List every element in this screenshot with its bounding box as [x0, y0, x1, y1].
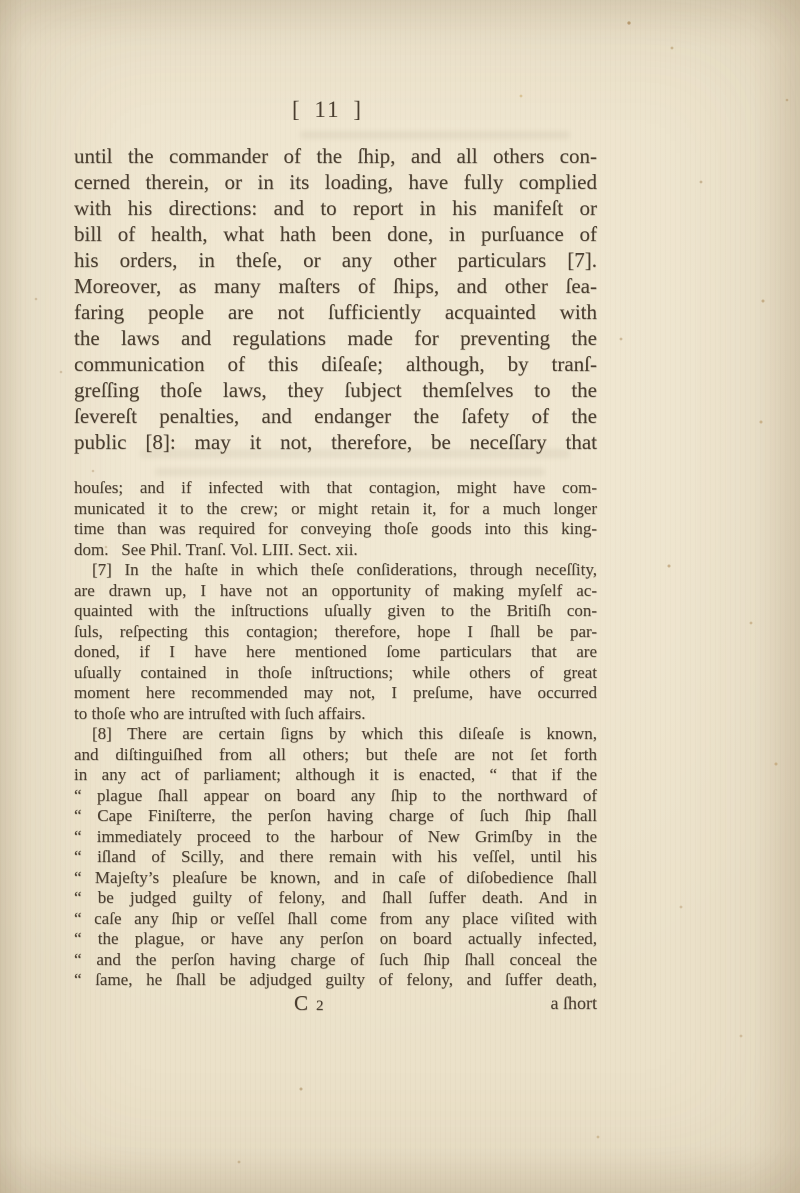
footnote-line: “ caſe any ſhip or veſſel ſhall come fro… [74, 909, 597, 930]
footnote-line: houſes; and if infected with that contag… [74, 478, 597, 499]
main-text-line: the laws and regulations made for preven… [74, 325, 597, 351]
main-text-line: his orders, in theſe, or any other parti… [74, 247, 597, 273]
footnote-line: [7] In the haſte in which theſe conſider… [74, 560, 597, 581]
footnote-line: “ and the perſon having charge of ſuch ſ… [74, 950, 597, 971]
footnote-line: to thoſe who are intruſted with ſuch aff… [74, 704, 597, 725]
main-text-line: greſſing thoſe laws, they ſubject themſe… [74, 377, 597, 403]
showthrough-smudge [155, 468, 545, 476]
page-number: [ 11 ] [66, 97, 589, 123]
footnotes-block: houſes; and if infected with that contag… [74, 478, 597, 991]
signature-line: C2 a ſhort [74, 991, 597, 1015]
signature-number: 2 [316, 998, 324, 1014]
footnote-line: time than was required for conveying tho… [74, 519, 597, 540]
footnote-line: and diſtinguiſhed from all others; but t… [74, 745, 597, 766]
footnote-line: moment here recommended may not, I preſu… [74, 683, 597, 704]
main-text-line: Moreover, as many maſters of ſhips, and … [74, 273, 597, 299]
signature-letter: C [294, 991, 308, 1015]
footnote-line: “ the plague, or have any perſon on boar… [74, 929, 597, 950]
footnote-line: “ plague ſhall appear on board any ſhip … [74, 786, 597, 807]
catchword: a ſhort [551, 993, 598, 1014]
main-text-line: faring people are not ſufficiently acqua… [74, 299, 597, 325]
footnote-line: “ iſland of Scilly, and there remain wit… [74, 847, 597, 868]
main-text-block: until the commander of the ſhip, and all… [74, 143, 597, 455]
signature-mark: C2 [294, 991, 324, 1016]
paper-specks [0, 0, 2, 2]
main-text-line: communication of this diſeaſe; although,… [74, 351, 597, 377]
main-text-line: cerned therein, or in its loading, have … [74, 169, 597, 195]
footnote-line: ſuls, reſpecting this contagion; therefo… [74, 622, 597, 643]
main-text-line: public [8]: may it not, therefore, be ne… [74, 429, 597, 455]
footnote-line: [8] There are certain ſigns by which thi… [74, 724, 597, 745]
showthrough-smudge [300, 131, 570, 139]
footnote-line: “ Majeſty’s pleaſure be known, and in ca… [74, 868, 597, 889]
footnote-line: are drawn up, I have not an opportunity … [74, 581, 597, 602]
footnote-line: dom. See Phil. Tranſ. Vol. LIII. Sect. x… [74, 540, 597, 561]
main-text-line: bill of health, what hath been done, in … [74, 221, 597, 247]
main-text-line: until the commander of the ſhip, and all… [74, 143, 597, 169]
footnote-line: “ ſame, he ſhall be adjudged guilty of f… [74, 970, 597, 991]
footnote-line: “ be judged guilty of felony, and ſhall … [74, 888, 597, 909]
main-text-line: with his directions: and to report in hi… [74, 195, 597, 221]
footnote-line: in any act of parliament; although it is… [74, 765, 597, 786]
footnote-line: “ Cape Finiſterre, the perſon having cha… [74, 806, 597, 827]
footnote-line: quainted with the inſtructions uſually g… [74, 601, 597, 622]
book-page: [ 11 ] until the commander of the ſhip, … [0, 0, 800, 1193]
main-text-line: ſevereſt penalties, and endanger the ſaf… [74, 403, 597, 429]
footnote-line: “ immediately proceed to the harbour of … [74, 827, 597, 848]
footnote-line: doned, if I have here mentioned ſome par… [74, 642, 597, 663]
footnote-line: municated it to the crew; or might retai… [74, 499, 597, 520]
footnote-line: uſually contained in thoſe inſtructions;… [74, 663, 597, 684]
